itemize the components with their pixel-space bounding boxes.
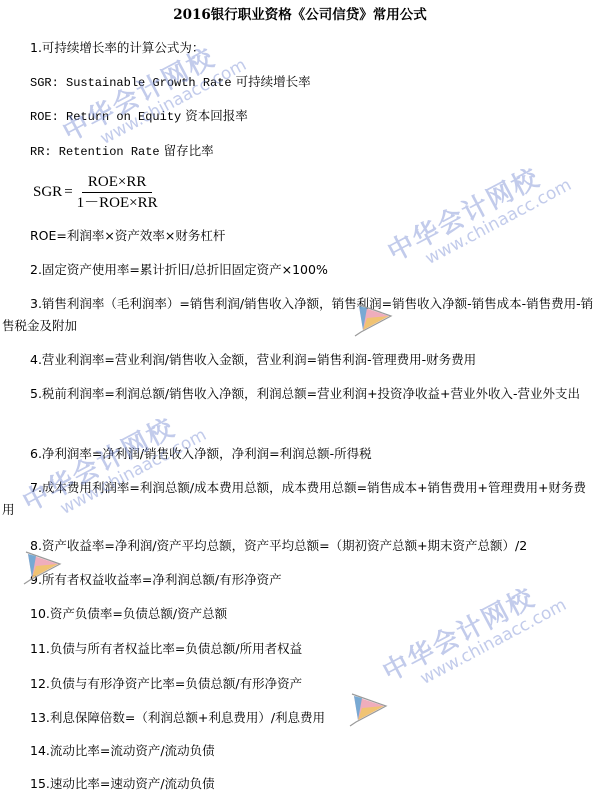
- definition-rr: RR: Retention Rate 留存比率: [30, 143, 214, 160]
- item-12: 12.负债与有形净资产比率=负债总额/有形净资产: [30, 676, 302, 692]
- watermark-url: www.chinaacc.com: [422, 175, 575, 269]
- watermark: 中华会计网校 www.chinaacc.com: [380, 146, 575, 283]
- formula-fraction: ROE×RR 1－ROE×RR: [75, 173, 160, 212]
- definition-rr-cn: 留存比率: [160, 143, 214, 158]
- item-1-heading: 1.可持续增长率的计算公式为：: [30, 40, 204, 56]
- watermark-text: 中华会计网校: [375, 566, 562, 689]
- formula-numerator: ROE×RR: [82, 173, 152, 193]
- item-14: 14.流动比率=流动资产/流动负债: [30, 743, 215, 759]
- item-7: 7.成本费用利润率=利润总额/成本费用总额，成本费用总额=销售成本+销售费用+管…: [2, 477, 598, 521]
- item-15: 15.速动比率=速动资产/流动负债: [30, 776, 215, 792]
- formula-equals: =: [64, 184, 72, 201]
- watermark-url: www.chinaacc.com: [417, 595, 570, 689]
- item-4: 4.营业利润率=营业利润/销售收入金额，营业利润=销售利润-管理费用-财务费用: [30, 352, 476, 368]
- sgr-formula: SGR = ROE×RR 1－ROE×RR: [33, 173, 160, 212]
- item-9: 9.所有者权益收益率=净利润总额/有形净资产: [30, 572, 282, 588]
- item-2: 2.固定资产使用率=累计折旧/总折旧固定资产×100%: [30, 262, 328, 278]
- item-3: 3.销售利润率（毛利润率）=销售利润/销售收入净额，销售利润=销售收入净额-销售…: [2, 293, 598, 337]
- item-5: 5.税前利润率=利润总额/销售收入净额，利润总额=营业利润+投资净收益+营业外收…: [2, 383, 598, 405]
- formula-lhs: SGR: [33, 184, 62, 201]
- item-6: 6.净利润率=净利润/销售收入净额，净利润=利润总额-所得税: [30, 446, 372, 462]
- item-10: 10.资产负债率=负债总额/资产总额: [30, 606, 227, 622]
- formula-denominator: 1－ROE×RR: [75, 193, 160, 212]
- watermark-text: 中华会计网校: [380, 146, 567, 269]
- definition-sgr-en: SGR: Sustainable Growth Rate: [30, 76, 232, 90]
- watermark-url: www.chinaacc.com: [97, 55, 250, 149]
- definition-sgr-cn: 可持续增长率: [232, 74, 311, 89]
- item-11: 11.负债与所有者权益比率=负债总额/所用者权益: [30, 641, 302, 657]
- roe-definition: ROE=利润率×资产效率×财务杠杆: [30, 228, 225, 244]
- definition-roe-en: ROE: Return on Equity: [30, 110, 181, 124]
- definition-roe: ROE: Return on Equity 资本回报率: [30, 108, 248, 125]
- item-13: 13.利息保障倍数=（利润总额+利息费用）/利息费用: [30, 710, 325, 726]
- watermark: 中华会计网校 www.chinaacc.com: [375, 566, 570, 703]
- definition-sgr: SGR: Sustainable Growth Rate 可持续增长率: [30, 74, 311, 91]
- watermark-logo-icon: [348, 692, 390, 728]
- item-8: 8.资产收益率=净利润/资产平均总额，资产平均总额=（期初资产总额+期末资产总额…: [30, 538, 527, 554]
- definition-rr-en: RR: Retention Rate: [30, 145, 160, 159]
- document-title: 2016银行职业资格《公司信贷》常用公式: [0, 6, 600, 24]
- definition-roe-cn: 资本回报率: [181, 108, 247, 123]
